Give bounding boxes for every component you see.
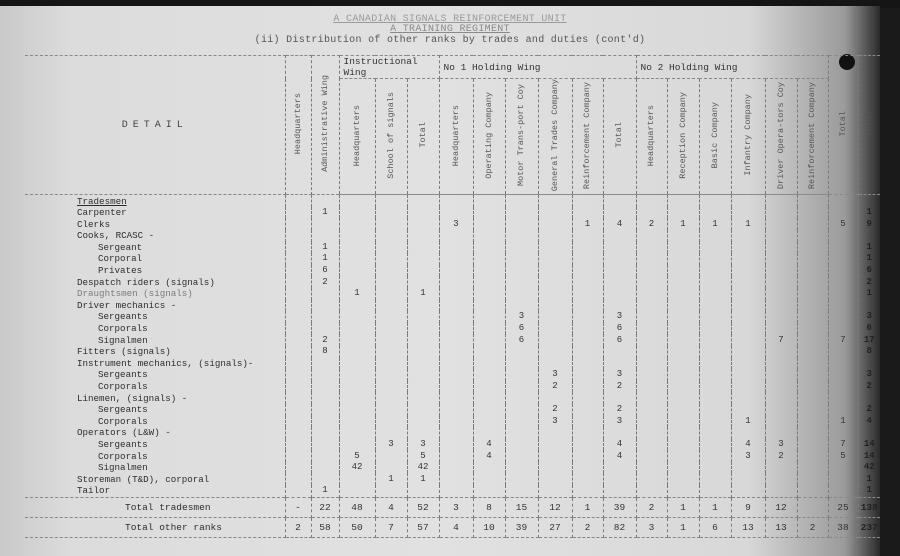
- table-row: Clerks314211159: [25, 218, 880, 230]
- table-cell: [603, 462, 636, 474]
- table-cell: 3: [538, 416, 572, 428]
- table-cell: [339, 311, 375, 323]
- col-header-no2-total: Total: [828, 56, 858, 195]
- table-cell: 3: [603, 416, 636, 428]
- table-cell: [473, 288, 505, 300]
- table-cell: [439, 300, 473, 312]
- table-cell: 3: [375, 439, 407, 451]
- table-cell: [797, 207, 828, 219]
- table-cell: [311, 369, 339, 381]
- group-header-no1-holding-wing: No 1 Holding Wing: [439, 56, 636, 79]
- table-cell: [667, 427, 699, 439]
- table-cell: [603, 358, 636, 370]
- table-cell: [797, 369, 828, 381]
- table-cell: [538, 300, 572, 312]
- table-cell: [439, 207, 473, 219]
- table-cell: [797, 427, 828, 439]
- table-cell: [505, 462, 538, 474]
- table-cell: [407, 392, 439, 404]
- table-cell: [797, 485, 828, 497]
- table-cell: [375, 369, 407, 381]
- table-cell: [439, 265, 473, 277]
- table-cell: 7: [828, 439, 858, 451]
- table-cell: [667, 242, 699, 254]
- table-cell: [667, 311, 699, 323]
- table-cell: [339, 253, 375, 265]
- table-cell: [603, 392, 636, 404]
- table-cell: [407, 404, 439, 416]
- total-row: Total other ranks25850757410392728231613…: [25, 517, 880, 537]
- table-cell: [731, 230, 765, 242]
- table-cell: [699, 334, 731, 346]
- table-cell: [538, 439, 572, 451]
- table-row: Corporal11: [25, 253, 880, 265]
- table-cell: 4: [439, 517, 473, 537]
- table-cell: [505, 404, 538, 416]
- row-label: Total other ranks: [25, 517, 285, 537]
- table-cell: [407, 300, 439, 312]
- table-cell: [375, 288, 407, 300]
- table-cell: 3: [636, 517, 667, 537]
- table-cell: [538, 265, 572, 277]
- table-cell: [285, 265, 311, 277]
- table-cell: [407, 334, 439, 346]
- table-cell: 5: [339, 450, 375, 462]
- table-cell: [339, 230, 375, 242]
- table-cell: [285, 450, 311, 462]
- table-cell: [765, 404, 797, 416]
- table-cell: [407, 427, 439, 439]
- table-cell: [731, 195, 765, 207]
- table-row: Corporals666: [25, 323, 880, 335]
- table-cell: [667, 485, 699, 497]
- table-cell: 42: [407, 462, 439, 474]
- table-cell: [375, 450, 407, 462]
- table-cell: [505, 253, 538, 265]
- table-cell: 13: [731, 517, 765, 537]
- table-cell: 7: [828, 334, 858, 346]
- table-cell: [765, 218, 797, 230]
- table-cell: [603, 207, 636, 219]
- table-cell: [699, 346, 731, 358]
- table-cell: [505, 473, 538, 485]
- table-cell: 1: [311, 485, 339, 497]
- table-cell: 50: [339, 517, 375, 537]
- table-cell: [339, 369, 375, 381]
- table-cell: [473, 381, 505, 393]
- table-cell: [407, 242, 439, 254]
- table-cell: [439, 346, 473, 358]
- table-cell: [473, 334, 505, 346]
- table-cell: [797, 323, 828, 335]
- table-row: Instrument mechanics, (signals)-: [25, 358, 880, 370]
- table-cell: 2: [311, 276, 339, 288]
- table-cell: [538, 358, 572, 370]
- table-cell: 1: [572, 218, 603, 230]
- table-cell: 2: [858, 404, 880, 416]
- table-cell: [538, 450, 572, 462]
- row-label: Carpenter: [25, 207, 285, 219]
- table-cell: [538, 288, 572, 300]
- row-label: Corporals: [25, 416, 285, 428]
- table-cell: [636, 439, 667, 451]
- table-cell: [765, 311, 797, 323]
- table-cell: [473, 473, 505, 485]
- table-cell: [667, 323, 699, 335]
- table-cell: [572, 265, 603, 277]
- table-cell: [667, 276, 699, 288]
- table-cell: [636, 253, 667, 265]
- table-cell: [339, 381, 375, 393]
- table-cell: [311, 427, 339, 439]
- table-cell: [667, 253, 699, 265]
- table-cell: [538, 230, 572, 242]
- table-cell: [285, 207, 311, 219]
- table-cell: [473, 276, 505, 288]
- table-cell: [375, 253, 407, 265]
- table-cell: [375, 276, 407, 288]
- row-label: Sergeants: [25, 439, 285, 451]
- table-cell: [311, 288, 339, 300]
- row-label: Storeman (T&D), corporal: [25, 473, 285, 485]
- col-header-h1-motor-transport: Motor Trans-port Coy: [505, 79, 538, 195]
- table-cell: [636, 242, 667, 254]
- table-cell: [731, 473, 765, 485]
- row-label: Cooks, RCASC -: [25, 230, 285, 242]
- table-cell: [439, 288, 473, 300]
- table-cell: 12: [765, 497, 797, 517]
- row-label: Tailor: [25, 485, 285, 497]
- table-cell: [572, 358, 603, 370]
- table-cell: [473, 462, 505, 474]
- table-cell: [667, 300, 699, 312]
- table-cell: [797, 218, 828, 230]
- table-cell: [828, 369, 858, 381]
- table-cell: 2: [603, 404, 636, 416]
- row-label: Operators (L&W) -: [25, 427, 285, 439]
- table-cell: [439, 242, 473, 254]
- table-cell: [538, 323, 572, 335]
- row-label: Total tradesmen: [25, 497, 285, 517]
- table-cell: 1: [731, 416, 765, 428]
- table-cell: [538, 207, 572, 219]
- table-cell: 6: [603, 334, 636, 346]
- table-cell: [828, 392, 858, 404]
- table-cell: [699, 427, 731, 439]
- table-row: Fitters (signals)88: [25, 346, 880, 358]
- table-cell: [311, 218, 339, 230]
- table-cell: [731, 288, 765, 300]
- table-cell: [375, 416, 407, 428]
- table-cell: [572, 242, 603, 254]
- table-cell: [572, 276, 603, 288]
- table-cell: [636, 288, 667, 300]
- table-cell: [636, 230, 667, 242]
- row-label: Linemen, (signals) -: [25, 392, 285, 404]
- table-cell: [828, 276, 858, 288]
- table-cell: [797, 276, 828, 288]
- row-label: Sergeant: [25, 242, 285, 254]
- table-cell: [339, 358, 375, 370]
- table-cell: 6: [858, 323, 880, 335]
- table-cell: [473, 358, 505, 370]
- table-row: Corporals222: [25, 381, 880, 393]
- table-cell: [505, 265, 538, 277]
- row-label: Corporal: [25, 253, 285, 265]
- table-cell: [375, 218, 407, 230]
- table-cell: [731, 242, 765, 254]
- table-cell: [636, 462, 667, 474]
- table-cell: [439, 276, 473, 288]
- table-row: Despatch riders (signals)22: [25, 276, 880, 288]
- table-cell: 8: [858, 346, 880, 358]
- col-header-hq: Headquarters: [285, 56, 311, 195]
- table-cell: 6: [311, 265, 339, 277]
- table-cell: [375, 392, 407, 404]
- table-cell: 4: [473, 439, 505, 451]
- table-cell: [667, 392, 699, 404]
- table-cell: [285, 404, 311, 416]
- table-cell: 15: [505, 497, 538, 517]
- table-cell: [285, 230, 311, 242]
- table-cell: [699, 311, 731, 323]
- table-cell: [667, 288, 699, 300]
- table-cell: [439, 462, 473, 474]
- table-cell: 1: [828, 416, 858, 428]
- table-cell: [439, 485, 473, 497]
- table-cell: [731, 358, 765, 370]
- table-cell: [538, 346, 572, 358]
- detail-header-cell: DETAIL: [25, 56, 285, 195]
- table-cell: [603, 242, 636, 254]
- table-cell: 6: [505, 323, 538, 335]
- table-cell: [407, 276, 439, 288]
- table-cell: [375, 300, 407, 312]
- table-cell: [765, 392, 797, 404]
- table-cell: [572, 392, 603, 404]
- table-cell: 1: [311, 207, 339, 219]
- table-cell: [731, 323, 765, 335]
- table-cell: [765, 288, 797, 300]
- table-cell: 237: [858, 517, 880, 537]
- table-cell: 52: [407, 497, 439, 517]
- table-cell: [765, 207, 797, 219]
- table-cell: [572, 195, 603, 207]
- table-cell: [699, 473, 731, 485]
- table-cell: 3: [731, 450, 765, 462]
- table-cell: 3: [858, 311, 880, 323]
- row-label: Tradesmen: [25, 195, 285, 207]
- distribution-table: DETAIL Headquarters Administrative Wing …: [25, 55, 880, 538]
- table-cell: [339, 346, 375, 358]
- table-cell: [375, 346, 407, 358]
- table-cell: [765, 195, 797, 207]
- table-cell: [473, 392, 505, 404]
- table-cell: 9: [858, 218, 880, 230]
- table-cell: [505, 218, 538, 230]
- table-cell: [636, 485, 667, 497]
- table-cell: [407, 230, 439, 242]
- table-cell: 3: [858, 369, 880, 381]
- table-cell: [797, 230, 828, 242]
- table-cell: [439, 427, 473, 439]
- table-cell: [828, 323, 858, 335]
- table-cell: [339, 392, 375, 404]
- table-cell: [667, 416, 699, 428]
- table-cell: [603, 427, 636, 439]
- table-cell: [572, 369, 603, 381]
- table-row: Signalmen2667717: [25, 334, 880, 346]
- table-cell: [603, 300, 636, 312]
- table-cell: [538, 218, 572, 230]
- table-row: Signalmen424242: [25, 462, 880, 474]
- table-cell: [828, 473, 858, 485]
- table-cell: [407, 311, 439, 323]
- table-cell: [797, 450, 828, 462]
- table-cell: [439, 323, 473, 335]
- table-cell: [636, 334, 667, 346]
- row-label: Fitters (signals): [25, 346, 285, 358]
- table-cell: [603, 265, 636, 277]
- table-cell: [699, 485, 731, 497]
- table-cell: [667, 473, 699, 485]
- table-cell: 1: [858, 485, 880, 497]
- table-cell: [636, 473, 667, 485]
- table-cell: 3: [407, 439, 439, 451]
- table-cell: [765, 276, 797, 288]
- table-cell: [797, 311, 828, 323]
- table-cell: [731, 207, 765, 219]
- table-cell: 1: [667, 218, 699, 230]
- table-cell: [375, 230, 407, 242]
- table-cell: [797, 462, 828, 474]
- table-cell: 58: [311, 517, 339, 537]
- table-cell: [636, 195, 667, 207]
- table-cell: [765, 462, 797, 474]
- col-header-h1-operating: Operating Company: [473, 79, 505, 195]
- table-cell: [375, 207, 407, 219]
- table-cell: [636, 276, 667, 288]
- group-header-no2-holding-wing: No 2 Holding Wing: [636, 56, 828, 79]
- table-cell: [339, 473, 375, 485]
- table-cell: [765, 473, 797, 485]
- table-cell: [285, 485, 311, 497]
- table-cell: [828, 427, 858, 439]
- table-cell: [699, 462, 731, 474]
- table-cell: [285, 392, 311, 404]
- table-cell: [285, 381, 311, 393]
- col-header-h2-reception: Reception Company: [667, 79, 699, 195]
- table-cell: [285, 253, 311, 265]
- table-row: Sergeants333: [25, 369, 880, 381]
- table-cell: [339, 276, 375, 288]
- table-cell: [797, 439, 828, 451]
- table-cell: [858, 195, 880, 207]
- table-cell: [699, 253, 731, 265]
- table-cell: 2: [858, 276, 880, 288]
- table-cell: [311, 381, 339, 393]
- document-heading-regiment: A TRAINING REGIMENT: [0, 24, 900, 35]
- table-row: Tradesmen: [25, 195, 880, 207]
- table-cell: [828, 207, 858, 219]
- table-cell: [858, 358, 880, 370]
- table-cell: [505, 427, 538, 439]
- table-cell: [407, 358, 439, 370]
- table-cell: [636, 346, 667, 358]
- table-cell: [572, 485, 603, 497]
- detail-header: DETAIL: [122, 120, 188, 131]
- table-row: Cooks, RCASC -: [25, 230, 880, 242]
- table-cell: [731, 334, 765, 346]
- table-cell: [473, 485, 505, 497]
- table-cell: [765, 485, 797, 497]
- table-row: Sergeants222: [25, 404, 880, 416]
- table-cell: [765, 416, 797, 428]
- table-cell: [311, 473, 339, 485]
- table-cell: [311, 323, 339, 335]
- table-cell: 8: [311, 346, 339, 358]
- table-cell: [858, 300, 880, 312]
- table-cell: [285, 416, 311, 428]
- table-cell: [765, 230, 797, 242]
- table-cell: [538, 276, 572, 288]
- table-cell: 1: [667, 517, 699, 537]
- table-cell: 5: [828, 450, 858, 462]
- table-cell: [797, 416, 828, 428]
- table-row: Linemen, (signals) -: [25, 392, 880, 404]
- table-cell: [603, 473, 636, 485]
- table-cell: [505, 207, 538, 219]
- table-cell: 5: [828, 218, 858, 230]
- table-cell: [667, 195, 699, 207]
- table-cell: 3: [505, 311, 538, 323]
- document-page: A CANADIAN SIGNALS REINFORCEMENT UNIT A …: [0, 6, 880, 556]
- table-cell: [285, 218, 311, 230]
- table-cell: [797, 253, 828, 265]
- table-cell: [797, 334, 828, 346]
- table-cell: [339, 207, 375, 219]
- table-cell: [439, 392, 473, 404]
- table-cell: [636, 300, 667, 312]
- table-cell: [473, 369, 505, 381]
- table-cell: 39: [505, 517, 538, 537]
- table-row: Operators (L&W) -: [25, 427, 880, 439]
- table-cell: 6: [603, 323, 636, 335]
- table-cell: [572, 346, 603, 358]
- table-cell: [636, 404, 667, 416]
- table-cell: [828, 230, 858, 242]
- table-cell: [797, 242, 828, 254]
- table-cell: 14: [858, 450, 880, 462]
- col-header-iw-total: Total: [407, 79, 439, 195]
- table-cell: [699, 265, 731, 277]
- table-cell: 14: [858, 439, 880, 451]
- table-cell: [828, 404, 858, 416]
- table-cell: [473, 323, 505, 335]
- table-cell: [285, 427, 311, 439]
- table-cell: [828, 195, 858, 207]
- table-cell: [636, 369, 667, 381]
- table-cell: [339, 485, 375, 497]
- table-cell: [407, 265, 439, 277]
- table-cell: [572, 323, 603, 335]
- row-label: Sergeants: [25, 404, 285, 416]
- table-cell: 3: [439, 497, 473, 517]
- table-cell: [572, 427, 603, 439]
- table-cell: [473, 404, 505, 416]
- table-cell: [828, 288, 858, 300]
- table-cell: [797, 265, 828, 277]
